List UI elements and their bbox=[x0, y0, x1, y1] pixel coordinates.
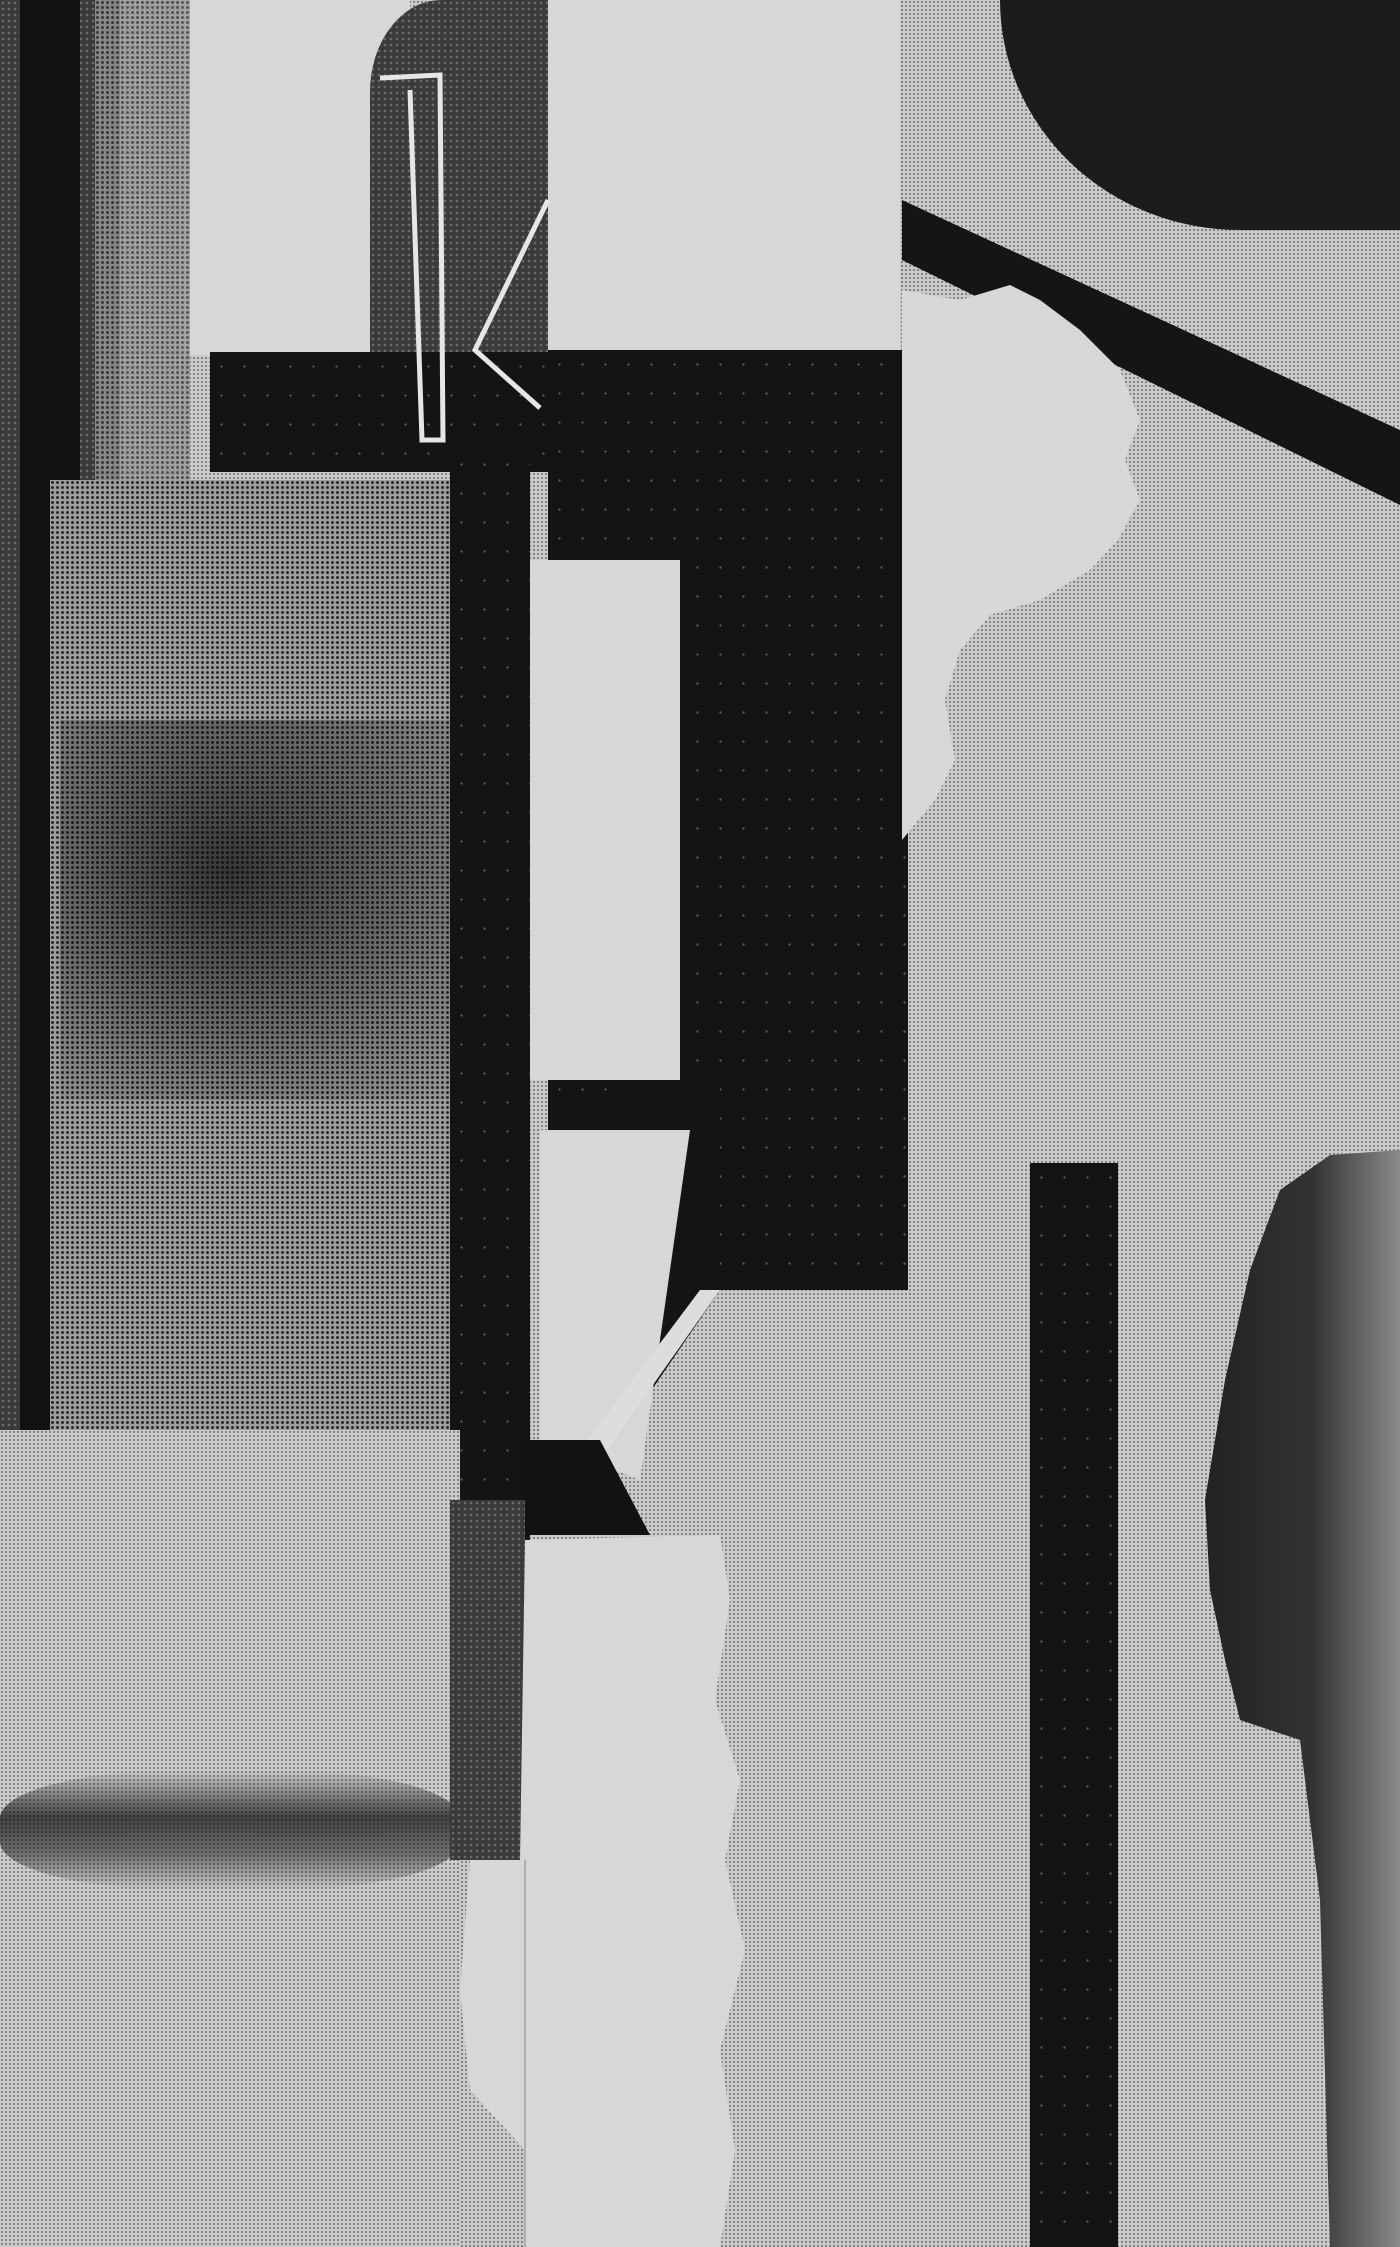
collage-canvas: Black-and-white halftone photographic co… bbox=[0, 0, 1400, 2247]
standing-figure-silhouette bbox=[0, 0, 1400, 2247]
